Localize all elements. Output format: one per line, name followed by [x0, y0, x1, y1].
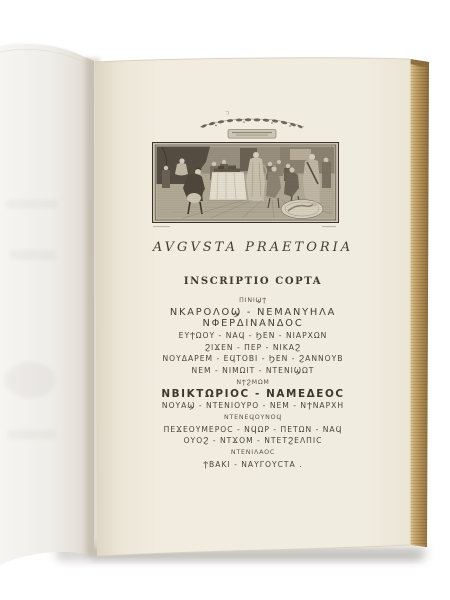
page-title: AVGVSTA PRAETORIA [95, 240, 411, 255]
coptic-line: ϨΙϪΕΝ - ΠΕΡ - ΝΙΚΑϨ [95, 342, 411, 354]
coptic-line: ΠΕϪΕΟΥΜΕΡΟC - ΝϤΩΡ - ΠΕΤΩΝ - ΝΑϤ [95, 424, 411, 436]
coptic-line: ΝΤΕΝΙΛΑΟC [95, 447, 411, 459]
coptic-line: ΝΕΜ - ΝΙΜΩΙΤ - ΝΤΕΝΙϢΩΤ [95, 365, 411, 377]
coptic-line: ϮΒΑΚΙ - ΝΑΥΓΟΥCΤΑ . [95, 459, 411, 471]
section-heading: INSCRIPTIO COPTA [95, 276, 411, 287]
book-photograph: AVGVSTA PRAETORIA INSCRIPTIO COPTA ΠΙΝΙϢ… [0, 0, 450, 600]
coptic-line: ΕΥϮΩΟΥ - ΝΑϤ - ϦΕΝ - ΝΙΑΡΧΩΝ [95, 330, 411, 342]
coptic-inscription: ΠΙΝΙϢϮ ΝΚΑΡΟΛΟϢ - ΝΕΜΑΝΥΗΛΑ ΝΦΕΡΔΙΝΑΝΔΟC… [95, 295, 411, 470]
coptic-line: ΝΟΥΔΑΡΕΜ - ΕϤΤΟΒΙ - ϦΕΝ - ϨΑΝΝΟΥΒ [95, 353, 411, 365]
coptic-line: ΝΤΕΝΕϤΟΥΝΟϤ [95, 412, 411, 424]
engraved-plate [153, 143, 339, 228]
coptic-line: ΝΦΕΡΔΙΝΑΝΔΟC [95, 318, 411, 330]
coptic-line: ΝΒΙΚΤΩΡΙΟC - ΝΑΜΕΔΕΟC [95, 389, 411, 401]
ornament-tablet [228, 130, 276, 139]
coptic-line: ΝΚΑΡΟΛΟϢ - ΝΕΜΑΝΥΗΛΑ [95, 307, 411, 319]
coptic-line: ΝΟΥΑϢ - ΝΤΕΝΙΟΥΡΟ - ΝΕΜ - ΝϮΝΑΡΧΗ [95, 400, 411, 412]
coptic-line: ΝϮϨΜΩΜ [95, 377, 411, 389]
coptic-line: ΟΥΟϨ - ΝΤϪΟΜ - ΝΤΕΤϨΕΛΠΙC [95, 435, 411, 447]
fore-edge [410, 59, 429, 547]
coptic-line: ΠΙΝΙϢϮ [95, 295, 411, 307]
plate-scene [157, 147, 335, 219]
left-page [0, 43, 94, 565]
